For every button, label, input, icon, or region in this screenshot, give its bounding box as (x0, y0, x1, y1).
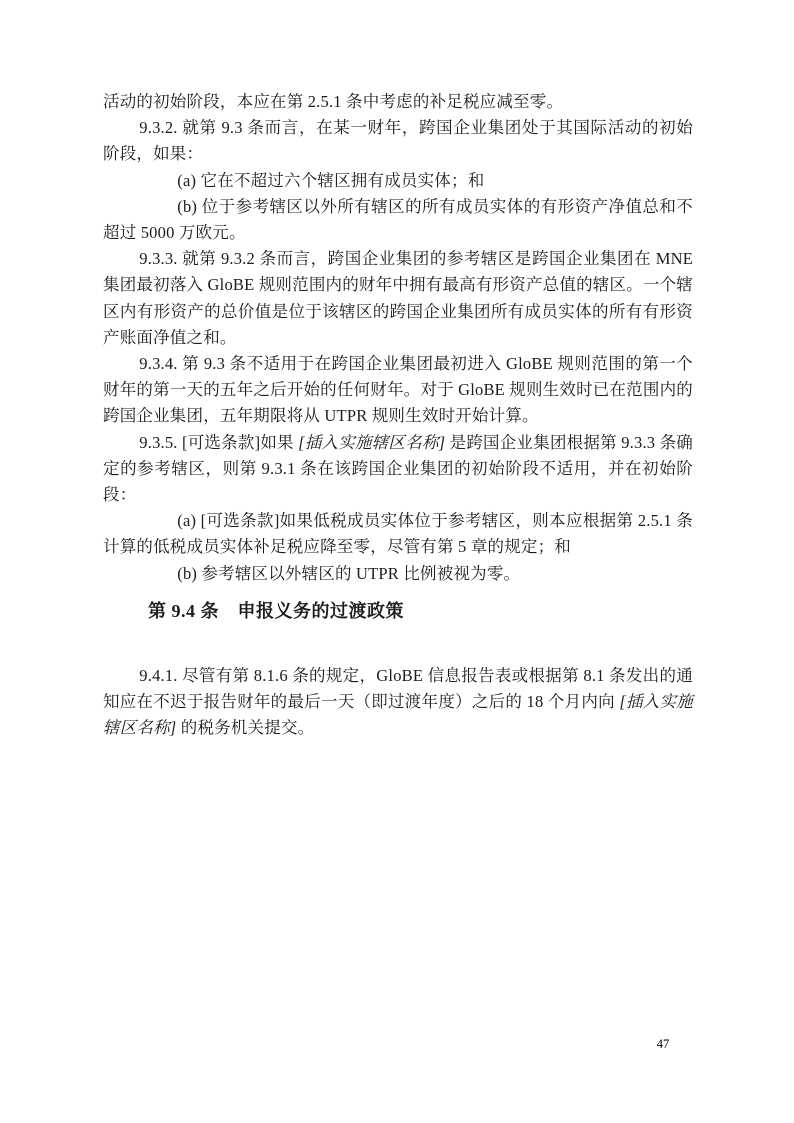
paragraph-9.3.4: 9.3.4. 第 9.3 条不适用于在跨国企业集团最初进入 GloBE 规则范围… (103, 351, 693, 430)
list-item-a-9.3.5: (a) [可选条款]如果低税成员实体位于参考辖区，则本应根据第 2.5.1 条计… (103, 508, 693, 560)
text-run: 9.3.4. 第 9.3 条不适用于在跨国企业集团最初进入 GloBE 规则范围… (103, 354, 693, 425)
page-number: 47 (648, 1036, 678, 1052)
text-run: (a) 它在不超过六个辖区拥有成员实体；和 (177, 171, 484, 190)
text-run: 活动的初始阶段，本应在第 2.5.1 条中考虑的补足税应减至零。 (103, 92, 563, 111)
paragraph-9.3.2: 9.3.2. 就第 9.3 条而言，在某一财年，跨国企业集团处于其国际活动的初始… (103, 115, 693, 167)
text-run: 的税务机关提交。 (176, 718, 314, 737)
paragraph-9.3.5: 9.3.5. [可选条款]如果 [插入实施辖区名称] 是跨国企业集团根据第 9.… (103, 430, 693, 509)
list-item-b-9.3.5: (b) 参考辖区以外辖区的 UTPR 比例被视为零。 (103, 561, 693, 587)
text-run: 9.3.2. 就第 9.3 条而言，在某一财年，跨国企业集团处于其国际活动的初始… (103, 118, 693, 163)
list-item-b-9.3.2: (b) 位于参考辖区以外所有辖区的所有成员实体的有形资产净值总和不超过 5000… (103, 194, 693, 246)
text-run: (b) 位于参考辖区以外所有辖区的所有成员实体的有形资产净值总和不超过 5000… (103, 197, 693, 242)
section-heading-9.4: 第 9.4 条 申报义务的过渡政策 (103, 598, 693, 625)
document-page: 活动的初始阶段，本应在第 2.5.1 条中考虑的补足税应减至零。9.3.2. 就… (0, 0, 794, 1123)
text-run: (a) [可选条款]如果低税成员实体位于参考辖区，则本应根据第 2.5.1 条计… (103, 511, 693, 556)
paragraph-9.3.3: 9.3.3. 就第 9.3.2 条而言，跨国企业集团的参考辖区是跨国企业集团在 … (103, 246, 693, 351)
placeholder-jurisdiction-name: [插入实施辖区名称] (298, 433, 445, 452)
paragraph-9.4.1: 9.4.1. 尽管有第 8.1.6 条的规定，GloBE 信息报告表或根据第 8… (103, 663, 693, 742)
document-body: 活动的初始阶段，本应在第 2.5.1 条中考虑的补足税应减至零。9.3.2. 就… (103, 89, 693, 741)
list-item-a-9.3.2: (a) 它在不超过六个辖区拥有成员实体；和 (103, 168, 693, 194)
paragraph-continuation: 活动的初始阶段，本应在第 2.5.1 条中考虑的补足税应减至零。 (103, 89, 693, 115)
text-run: 9.3.3. 就第 9.3.2 条而言，跨国企业集团的参考辖区是跨国企业集团在 … (103, 249, 693, 347)
text-run: 9.3.5. [可选条款]如果 (139, 433, 298, 452)
text-run: (b) 参考辖区以外辖区的 UTPR 比例被视为零。 (177, 564, 520, 583)
text-run: 第 9.4 条 申报义务的过渡政策 (148, 601, 404, 621)
text-run: 9.4.1. 尽管有第 8.1.6 条的规定，GloBE 信息报告表或根据第 8… (103, 666, 693, 711)
